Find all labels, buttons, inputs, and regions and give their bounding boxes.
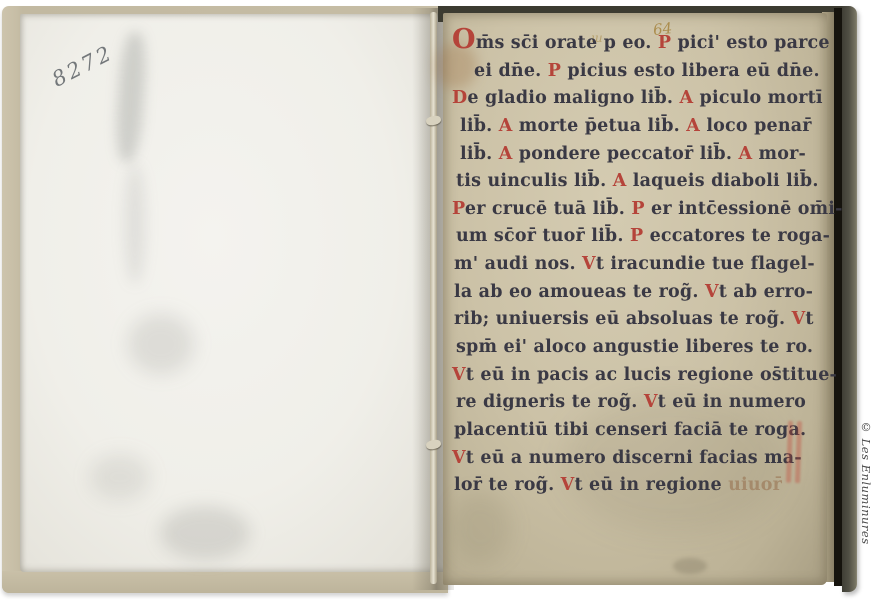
text-line: Vt eū in pacis ac lucis regione os̄titue… [452,362,822,390]
text-line: Om̄s sc̄i orate p eo. P pici' esto parce [452,30,822,58]
text-segment: picius esto libera eū dn̄e. [561,61,820,81]
text-line: rib; uniuersis eū absoluas te rog̃. Vt [452,306,822,334]
text-segment: P [630,226,643,246]
manuscript-photo: 8272 ıu 64 Om̄s sc̄i orate p eo. P pici'… [0,0,888,600]
text-line: tis uinculis lib̄. A laqueis diaboli lib… [452,168,822,196]
text-segment: la ab eo amoueas te rog̃. [454,282,705,302]
text-segment: P [548,61,561,81]
text-segment: er crucē tuā lib̄. [465,199,631,219]
text-segment: t ab erro- [719,282,813,302]
text-line: lib̄. A pondere peccator̄ lib̄. A mor- [452,141,822,169]
text-segment: t eū in regione [574,475,728,495]
text-segment: V [452,365,466,385]
text-line: re digneris te rog̃. Vt eū in numero [452,389,822,417]
text-segment: mor- [752,144,806,164]
text-segment: t eū a numero discerni facias ma- [466,448,802,468]
text-segment: e gladio maligno lib̄. [467,88,679,108]
text-segment: A [738,144,752,164]
quire-fold [430,12,437,584]
text-segment: D [452,88,467,108]
text-line: ei dn̄e. P picius esto libera eū dn̄e. [452,58,822,86]
text-segment: m' audi nos. [454,254,582,274]
text-segment: V [561,475,575,495]
text-line: De gladio maligno lib̄. A piculo mortī [452,85,822,113]
text-segment: A [686,116,700,136]
text-segment: P [631,199,644,219]
text-segment: eccatores te roga- [643,226,830,246]
text-line: Per crucē tuā lib̄. P er intc̄essionē om… [452,196,822,224]
text-segment: loco penar̄ [700,116,812,136]
stain [451,493,511,563]
right-cover-board [842,6,857,592]
text-segment: lor̄ te rog̃. [454,475,561,495]
text-segment: laqueis diaboli lib̄. [627,171,819,191]
stain [90,454,150,500]
text-segment: spm̄ ei' aloco angustie liberes te ro. [456,337,813,357]
text-segment: er intc̄essionē om̄i- [645,199,843,219]
left-blank-page: 8272 [20,14,448,572]
text-segment: V [644,392,658,412]
text-segment: tis uinculis lib̄. [456,171,613,191]
text-segment: lib̄. [460,116,499,136]
right-manuscript-page: ıu 64 Om̄s sc̄i orate p eo. P pici' esto… [443,13,827,585]
text-line: m' audi nos. Vt iracundie tue flagel- [452,251,822,279]
text-line: lor̄ te rog̃. Vt eū in regione uiuor̄ [452,472,822,500]
text-segment: A [679,88,693,108]
text-segment: P [658,33,671,53]
text-line: la ab eo amoueas te rog̃. Vt ab erro- [452,279,822,307]
text-segment: pondere peccator̄ lib̄. [513,144,739,164]
text-segment: pici' esto parce [671,33,830,53]
text-line: placentiū tibi censeri faciā te roga. [452,417,822,445]
text-segment: O [452,24,476,55]
text-segment: P [452,199,465,219]
red-offset-mark [786,421,806,484]
stain [125,164,145,284]
stain [160,506,250,560]
text-segment: placentiū tibi censeri faciā te roga. [454,420,806,440]
text-line: um sc̄or̄ tuor̄ lib̄. P eccatores te rog… [452,223,822,251]
stain [673,558,707,574]
text-segment: V [452,448,466,468]
text-segment: V [705,282,719,302]
text-segment: A [499,144,513,164]
manuscript-text: Om̄s sc̄i orate p eo. P pici' esto parce… [452,30,822,500]
text-segment: t eū in pacis ac lucis regione os̄titue- [466,365,837,385]
text-line: Vt eū a numero discerni facias ma- [452,445,822,473]
text-segment: A [613,171,627,191]
text-segment: V [792,309,806,329]
text-segment: rib; uniuersis eū absoluas te rog̃. [454,309,792,329]
text-segment: t [805,309,813,329]
text-segment: morte p̄etua lib̄. [513,116,687,136]
sewing-thread [425,439,442,451]
pencil-inscription: 8272 [48,40,117,91]
text-line: spm̄ ei' aloco angustie liberes te ro. [452,334,822,362]
text-line: lib̄. A morte p̄etua lib̄. A loco penar̄ [452,113,822,141]
stain [128,314,194,374]
red-offset-bar [795,421,802,483]
text-segment: piculo mortī [693,88,823,108]
text-segment: uiuor̄ [728,475,782,495]
text-segment: t eū in numero [658,392,806,412]
stain [113,31,148,162]
text-segment: t iracundie tue flagel- [596,254,815,274]
text-segment: m̄s sc̄i orate p eo. [476,33,658,53]
photo-credit: © Les Enluminures [859,420,873,592]
text-segment: re digneris te rog̃. [456,392,644,412]
text-segment: ei dn̄e. [474,61,548,81]
text-segment: V [582,254,596,274]
sewing-thread [425,115,442,127]
text-segment: A [499,116,513,136]
text-segment: lib̄. [460,144,499,164]
red-offset-bar [786,421,793,483]
text-segment: um sc̄or̄ tuor̄ lib̄. [456,226,630,246]
